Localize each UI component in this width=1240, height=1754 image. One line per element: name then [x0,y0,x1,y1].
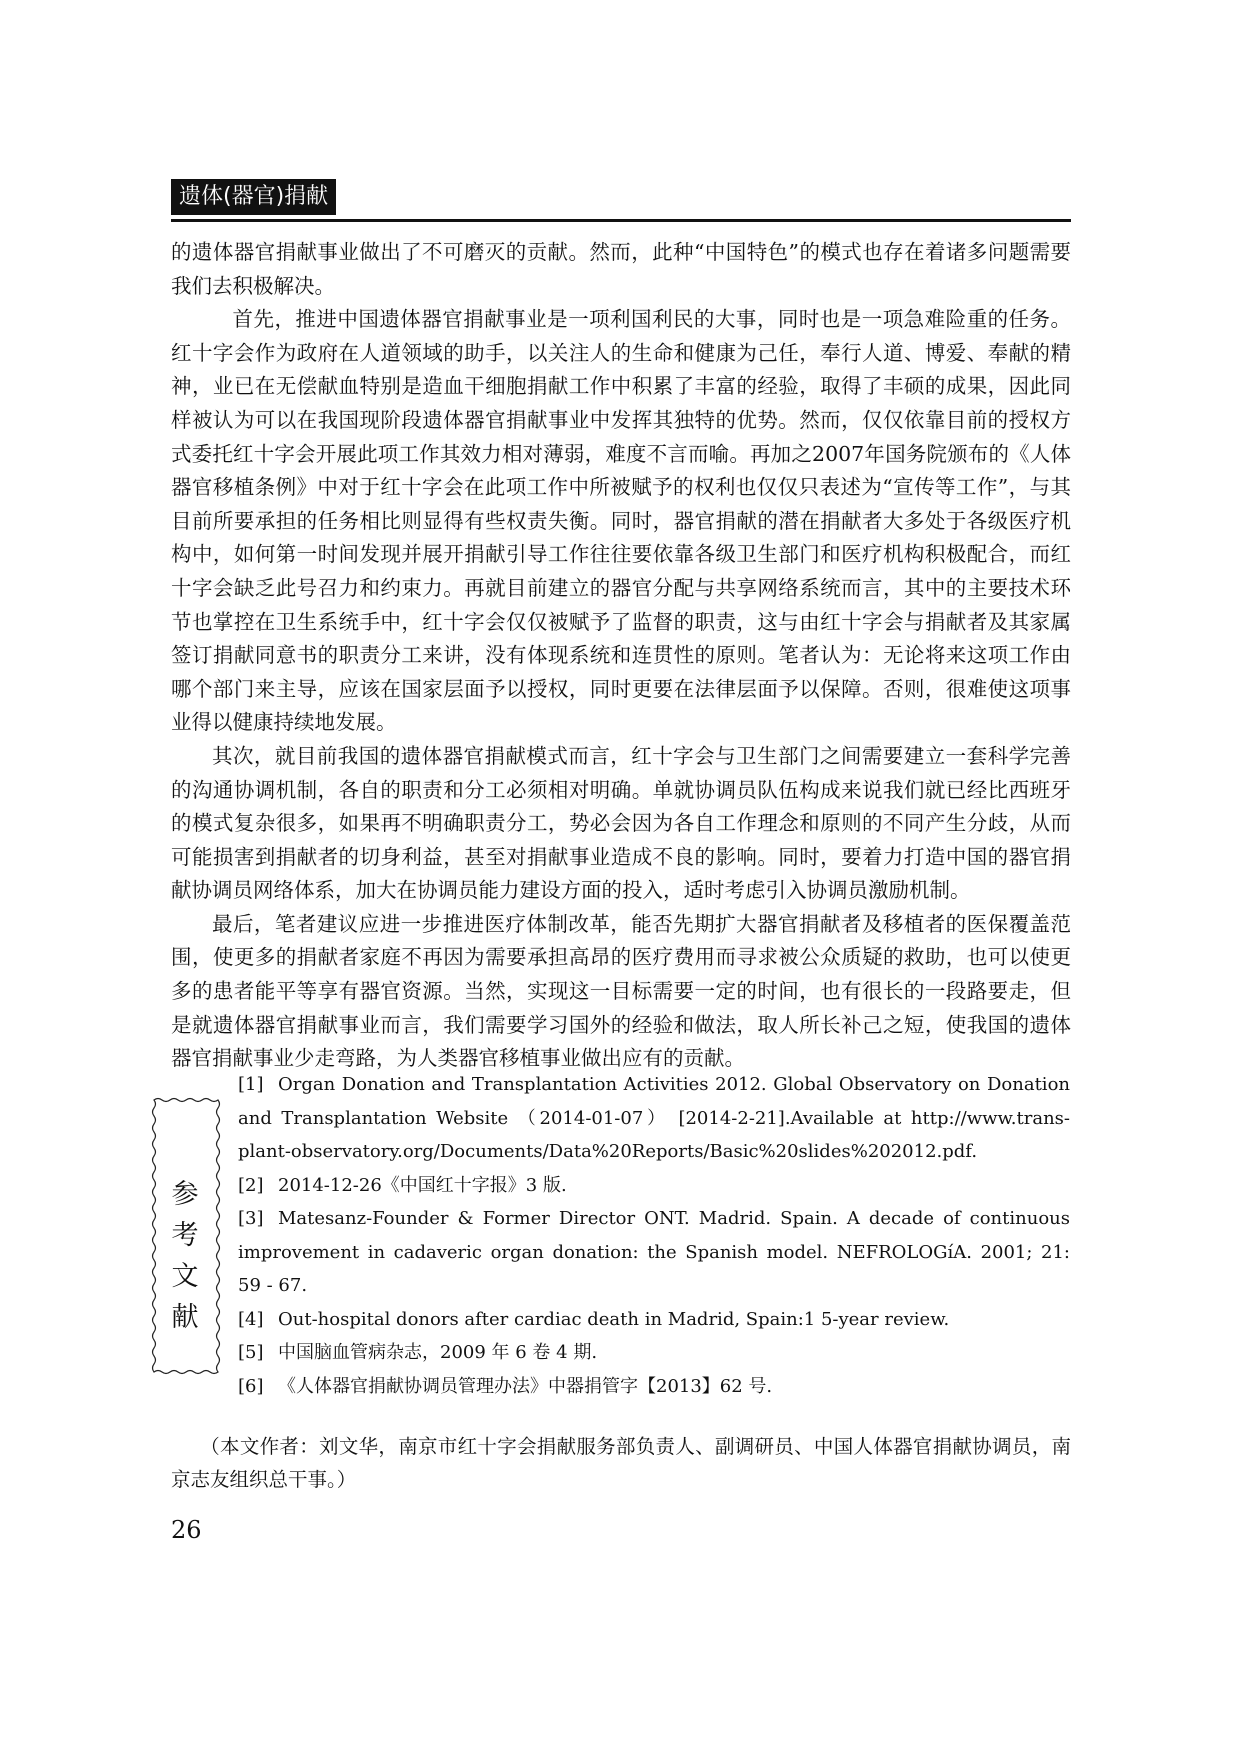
paragraph-second: 其次，就目前我国的遗体器官捐献模式而言，红十字会与卫生部门之间需要建立一套科学完… [171,740,1071,908]
reference-text: Matesanz-Founder & Former Director ONT. … [238,1208,1070,1296]
header-rule [171,219,1071,222]
reference-item: [2]2014-12-26《中国红十字报》3 版. [238,1169,1070,1203]
section-header-tab: 遗体(器官)捐献 [171,179,336,215]
references-label: 参 考 文 献 [150,1174,220,1338]
reference-item: [4]Out-hospital donors after cardiac dea… [238,1303,1070,1337]
page-number: 26 [171,1515,202,1545]
reference-item: [3]Matesanz-Founder & Former Director ON… [238,1202,1070,1303]
paragraph-first: 首先，推进中国遗体器官捐献事业是一项利国利民的大事，同时也是一项急难险重的任务。… [171,303,1071,740]
reference-text: 《人体器官捐献协调员管理办法》中器捐管字【2013】62 号. [278,1376,772,1397]
reference-text: Out-hospital donors after cardiac death … [278,1309,949,1330]
references-list: [1]Organ Donation and Transplantation Ac… [238,1068,1070,1403]
article-body: 的遗体器官捐献事业做出了不可磨灭的贡献。然而，此种“中国特色”的模式也存在着诸多… [171,236,1071,1076]
reference-item: [6]《人体器官捐献协调员管理办法》中器捐管字【2013】62 号. [238,1370,1070,1404]
document-page: 遗体(器官)捐献 的遗体器官捐献事业做出了不可磨灭的贡献。然而，此种“中国特色”… [0,0,1240,1754]
reference-item: [5]中国脑血管病杂志，2009 年 6 卷 4 期. [238,1336,1070,1370]
reference-text: 2014-12-26《中国红十字报》3 版. [278,1175,567,1196]
reference-text: Organ Donation and Transplantation Activ… [238,1074,1070,1162]
paragraph-continued: 的遗体器官捐献事业做出了不可磨灭的贡献。然而，此种“中国特色”的模式也存在着诸多… [171,236,1071,303]
paragraph-last: 最后，笔者建议应进一步推进医疗体制改革，能否先期扩大器官捐献者及移植者的医保覆盖… [171,908,1071,1076]
references-label-box: 参 考 文 献 [150,1096,220,1376]
reference-text: 中国脑血管病杂志，2009 年 6 卷 4 期. [278,1342,597,1363]
reference-item: [1]Organ Donation and Transplantation Ac… [238,1068,1070,1169]
author-note: （本文作者：刘文华，南京市红十字会捐献服务部负责人、副调研员、中国人体器官捐献协… [171,1430,1071,1496]
